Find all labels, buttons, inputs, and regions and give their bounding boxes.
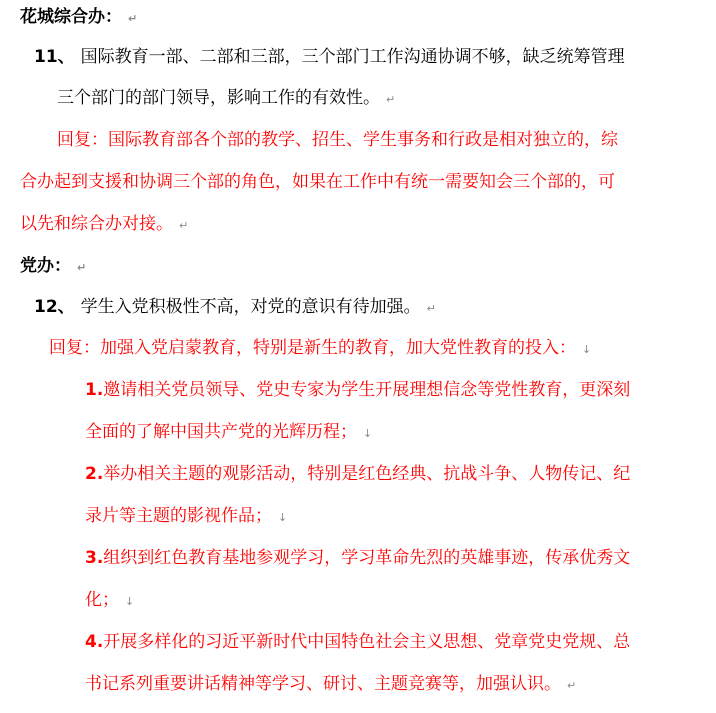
paragraph-mark-icon: ↵ <box>77 261 86 274</box>
section-heading-huacheng: 花城综合办：↵ <box>20 7 137 27</box>
point-4-line-1: 4.开展多样化的习近平新时代中国特色社会主义思想、党章党史党规、总 <box>85 632 630 652</box>
paragraph-mark-icon: ↵ <box>128 12 137 25</box>
item-number: 12、 <box>34 297 75 317</box>
reply-text: 合办起到支援和协调三个部的角色，如果在工作中有统一需要知会三个部的，可 <box>20 172 615 192</box>
point-number: 4. <box>85 632 103 652</box>
paragraph-mark-icon: ↵ <box>179 219 188 232</box>
line-break-mark-icon: ↓ <box>278 511 287 524</box>
question-11-line-2: 三个部门的部门领导，影响工作的有效性。↵ <box>57 88 395 108</box>
section-heading-party-office: 党办：↵ <box>20 256 86 276</box>
question-11-line-1: 11、国际教育一部、二部和三部，三个部门工作沟通协调不够，缺乏统筹管理 <box>34 47 625 67</box>
reply-12-intro: 回复：加强入党启蒙教育，特别是新生的教育，加大党性教育的投入：↓ <box>49 338 591 358</box>
point-text: 组织到红色教育基地参观学习，学习革命先烈的英雄事迹，传承优秀文 <box>103 548 630 568</box>
question-text: 学生入党积极性不高，对党的意识有待加强。 <box>81 297 421 317</box>
point-text: 邀请相关党员领导、党史专家为学生开展理想信念等党性教育，更深刻 <box>103 380 630 400</box>
point-number: 3. <box>85 548 103 568</box>
heading-text: 党办： <box>20 256 71 276</box>
line-break-mark-icon: ↓ <box>582 343 591 356</box>
line-break-mark-icon: ↓ <box>363 427 372 440</box>
point-text: 化； <box>85 590 119 610</box>
point-text: 举办相关主题的观影活动，特别是红色经典、抗战斗争、人物传记、纪 <box>103 464 630 484</box>
point-text: 全面的了解中国共产党的光辉历程； <box>85 422 357 442</box>
point-2-line-2: 录片等主题的影视作品；↓ <box>85 506 287 526</box>
point-number: 2. <box>85 464 103 484</box>
point-text: 开展多样化的习近平新时代中国特色社会主义思想、党章党史党规、总 <box>103 632 630 652</box>
paragraph-mark-icon: ↵ <box>567 679 576 692</box>
question-text: 国际教育一部、二部和三部，三个部门工作沟通协调不够，缺乏统筹管理 <box>81 47 625 67</box>
point-1-line-2: 全面的了解中国共产党的光辉历程；↓ <box>85 422 372 442</box>
heading-text: 花城综合办： <box>20 7 122 27</box>
point-number: 1. <box>85 380 103 400</box>
question-text: 三个部门的部门领导，影响工作的有效性。 <box>57 88 380 108</box>
point-4-line-2: 书记系列重要讲话精神等学习、研讨、主题竞赛等，加强认识。↵ <box>85 674 576 694</box>
reply-text: 以先和综合办对接。 <box>20 214 173 234</box>
reply-text: 回复：加强入党启蒙教育，特别是新生的教育，加大党性教育的投入： <box>49 338 576 358</box>
reply-text: 回复：国际教育部各个部的教学、招生、学生事务和行政是相对独立的，综 <box>57 130 618 150</box>
paragraph-mark-icon: ↵ <box>427 302 436 315</box>
reply-11-line-2: 合办起到支援和协调三个部的角色，如果在工作中有统一需要知会三个部的，可 <box>20 172 615 192</box>
reply-11-line-3: 以先和综合办对接。↵ <box>20 214 188 234</box>
point-2-line-1: 2.举办相关主题的观影活动，特别是红色经典、抗战斗争、人物传记、纪 <box>85 464 630 484</box>
point-text: 录片等主题的影视作品； <box>85 506 272 526</box>
question-12-line-1: 12、学生入党积极性不高，对党的意识有待加强。↵ <box>34 297 436 317</box>
point-1-line-1: 1.邀请相关党员领导、党史专家为学生开展理想信念等党性教育，更深刻 <box>85 380 630 400</box>
point-3-line-1: 3.组织到红色教育基地参观学习，学习革命先烈的英雄事迹，传承优秀文 <box>85 548 630 568</box>
item-number: 11、 <box>34 47 75 67</box>
point-text: 书记系列重要讲话精神等学习、研讨、主题竞赛等，加强认识。 <box>85 674 561 694</box>
paragraph-mark-icon: ↵ <box>386 93 395 106</box>
point-3-line-2: 化；↓ <box>85 590 134 610</box>
line-break-mark-icon: ↓ <box>125 595 134 608</box>
reply-11-line-1: 回复：国际教育部各个部的教学、招生、学生事务和行政是相对独立的，综 <box>57 130 618 150</box>
